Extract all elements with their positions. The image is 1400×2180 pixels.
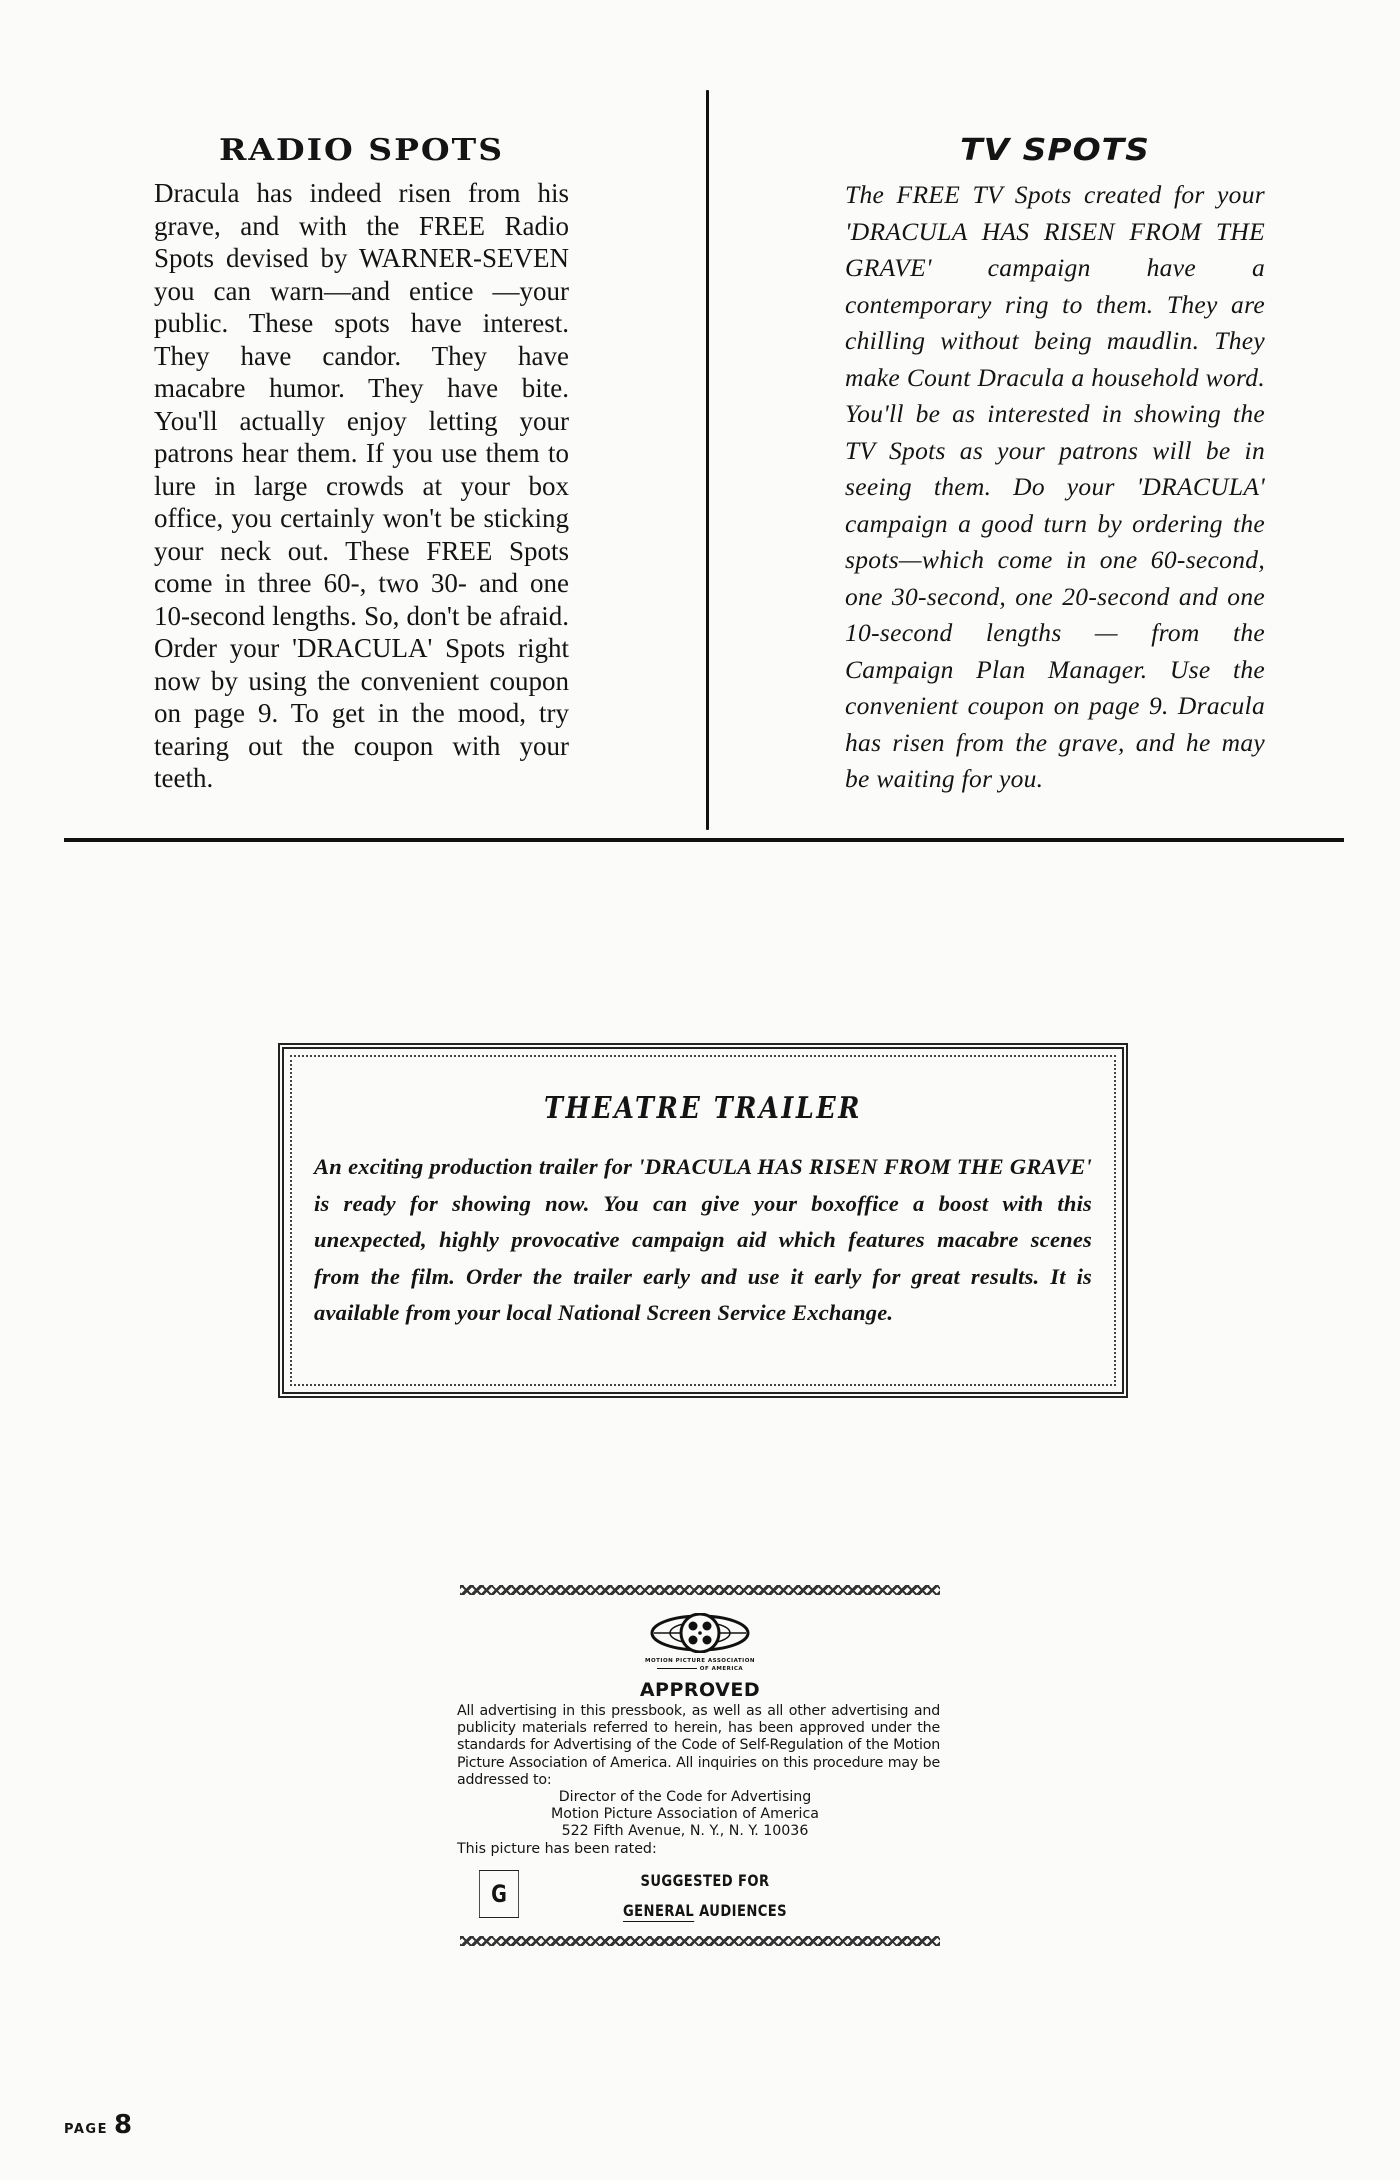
page-number: PAGE8 xyxy=(64,2110,132,2140)
column-divider xyxy=(706,90,709,830)
mpaa-film-reel-globe-icon xyxy=(648,1613,752,1653)
theatre-trailer-box: THEATRE TRAILER An exciting production t… xyxy=(278,1043,1128,1398)
rating-description: SUGGESTED FOR GENERAL AUDIENCES xyxy=(603,1866,808,1926)
rating-badge: G xyxy=(479,1870,519,1918)
radio-spots-section: RADIO SPOTS Dracula has indeed risen fro… xyxy=(154,130,569,795)
mpaa-address: Director of the Code for Advertising Mot… xyxy=(430,1789,940,1841)
approval-statement: All advertising in this pressbook, as we… xyxy=(457,1703,940,1789)
radio-spots-heading: RADIO SPOTS xyxy=(154,132,569,168)
radio-spots-body: Dracula has indeed risen from his grave,… xyxy=(154,177,569,795)
tv-spots-body: The FREE TV Spots created for your 'DRAC… xyxy=(845,177,1265,798)
mpaa-approval-block: MOTION PICTURE ASSOCIATION OF AMERICA AP… xyxy=(460,1585,940,1946)
tv-spots-section: TV SPOTS The FREE TV Spots created for y… xyxy=(845,130,1265,798)
rated-line: This picture has been rated: xyxy=(457,1841,940,1858)
tv-spots-heading: TV SPOTS xyxy=(845,132,1265,168)
mpaa-org-name: MOTION PICTURE ASSOCIATION OF AMERICA xyxy=(460,1657,940,1673)
theatre-trailer-heading: THEATRE TRAILER xyxy=(347,1091,1059,1126)
rating-row: G SUGGESTED FOR GENERAL AUDIENCES xyxy=(460,1864,940,1934)
section-divider xyxy=(64,838,1344,842)
braid-border-bottom xyxy=(460,1936,940,1946)
approved-label: APPROVED xyxy=(460,1679,940,1701)
braid-border-top xyxy=(460,1585,940,1595)
theatre-trailer-body: An exciting production trailer for 'DRAC… xyxy=(314,1149,1092,1332)
